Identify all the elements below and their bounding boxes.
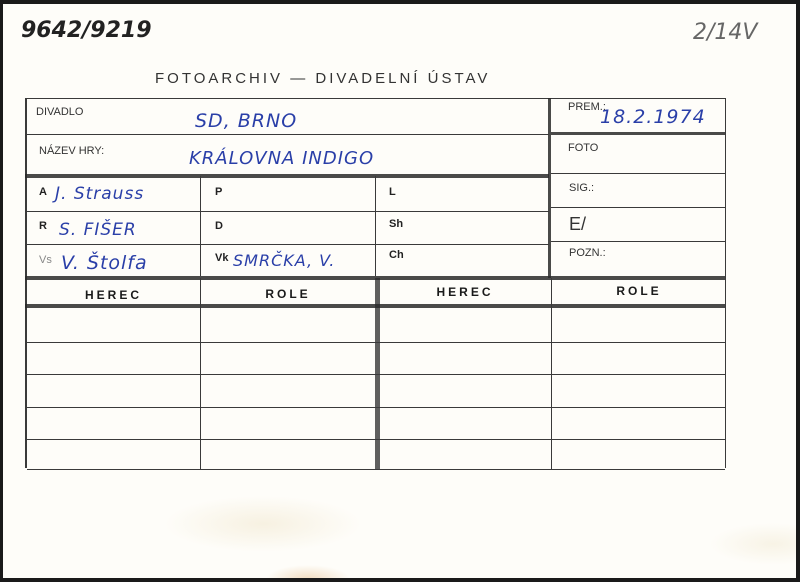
cast-row-line-4: [27, 439, 725, 440]
label-e: E/: [569, 214, 586, 235]
col-header-herec-1: HEREC: [27, 288, 200, 302]
col-header-role-2: ROLE: [553, 284, 725, 298]
label-d: D: [215, 220, 223, 232]
value-vs: V. Štolfa: [61, 252, 148, 274]
col-header-role-1: ROLE: [201, 287, 375, 301]
right-column-divider: [548, 98, 551, 278]
value-nazev-hry: KRÁLOVNA INDIGO: [189, 148, 374, 169]
value-divadlo: SD, BRNO: [195, 110, 297, 132]
value-r: S. FIŠER: [59, 220, 137, 240]
row-line-prem: [551, 132, 725, 135]
credits-row-line-1: [25, 211, 549, 212]
cast-bottom-line: [27, 469, 725, 470]
label-sh: Sh: [389, 218, 403, 230]
value-a: J. Strauss: [55, 184, 144, 204]
label-r: R: [39, 220, 47, 232]
cast-row-line-1: [27, 342, 725, 343]
label-foto: FOTO: [568, 142, 598, 154]
label-p: P: [215, 186, 222, 198]
corner-note: 2/14V: [693, 20, 757, 45]
frame-left: [25, 98, 27, 468]
credits-row-line-2: [25, 244, 549, 245]
credits-col-divider-2: [375, 176, 376, 276]
label-vs: Vs: [39, 254, 52, 266]
label-nazev-hry: NÁZEV HRY:: [39, 145, 104, 157]
label-divadlo: DIVADLO: [36, 106, 83, 118]
e-row-line: [551, 241, 725, 242]
card-header-title: FOTOARCHIV — DIVADELNÍ ÚSTAV: [155, 70, 490, 87]
label-sig: SIG.:: [569, 182, 594, 194]
sig-row-line: [551, 207, 725, 208]
frame-top: [25, 98, 725, 99]
row-line-divadlo: [25, 134, 549, 135]
value-prem: 18.2.1974: [600, 106, 706, 128]
archive-photo-card: 9642/9219 2/14V FOTOARCHIV — DIVADELNÍ Ú…: [3, 4, 796, 578]
row-line-nazev: [25, 174, 549, 178]
cast-row-line-3: [27, 407, 725, 408]
inventory-number: 9642/9219: [21, 18, 152, 43]
cast-row-line-2: [27, 374, 725, 375]
col-header-herec-2: HEREC: [379, 285, 551, 299]
label-a: A: [39, 186, 47, 198]
label-vk: Vk: [215, 252, 228, 264]
label-pozn: POZN.:: [569, 247, 606, 259]
label-l: L: [389, 186, 396, 198]
row-line-foto: [551, 173, 725, 174]
label-ch: Ch: [389, 249, 404, 261]
frame-right: [725, 98, 726, 468]
credits-col-divider-1: [200, 176, 201, 276]
value-vk: SMRČKA, V.: [233, 251, 335, 270]
